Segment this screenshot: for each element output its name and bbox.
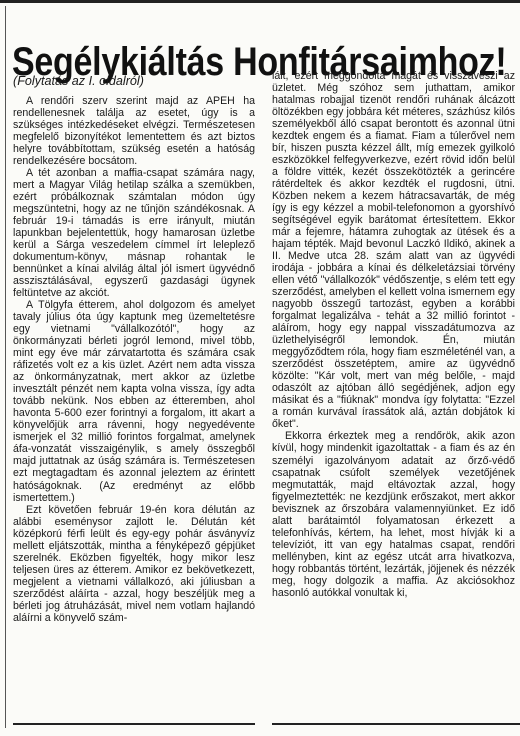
article-column-right: lált, ezért meggondolta magát és visszav… [272, 70, 515, 599]
paragraph: A Tölgyfa étterem, ahol dolgozom és amel… [13, 299, 255, 503]
paragraph: A rendőri szerv szerint majd az APEH ha … [13, 95, 255, 167]
left-border-rule [5, 6, 6, 728]
paragraph: A tét azonban a maffia-csapat számára na… [13, 167, 255, 299]
paragraph: Ezt követően február 19-én kora délután … [13, 504, 255, 624]
continuation-kicker: (Folytatás az I. oldalról) [13, 70, 255, 92]
bottom-rule-left [13, 723, 255, 725]
top-rule [0, 0, 520, 3]
article-column-left: (Folytatás az I. oldalról) A rendőri sze… [13, 70, 255, 624]
paragraph: Ekkorra érkeztek meg a rendőrök, akik az… [272, 430, 515, 598]
paragraph: lált, ezért meggondolta magát és visszav… [272, 70, 515, 430]
bottom-rule-right [272, 723, 520, 725]
